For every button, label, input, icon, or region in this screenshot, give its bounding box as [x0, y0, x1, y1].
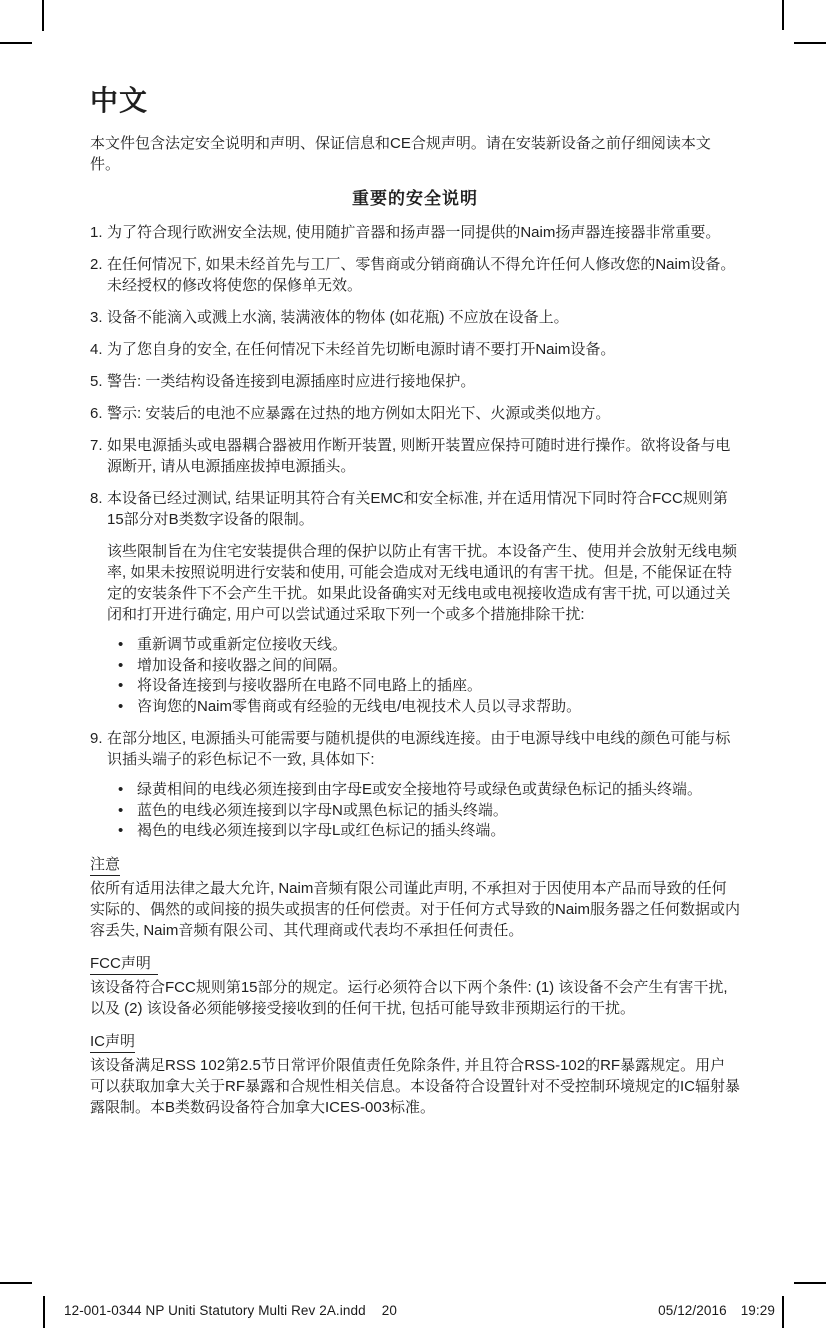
ic-body: 该设备满足RSS 102第2.5节日常评价限值责任免除条件, 并且符合RSS-1… — [90, 1055, 740, 1118]
list-item-text: 如果电源插头或电器耦合器被用作断开装置, 则断开装置应保持可随时进行操作。欲将设… — [107, 435, 740, 477]
list-item-text: 在部分地区, 电源插头可能需要与随机提供的电源线连接。由于电源导线中电线的颜色可… — [107, 730, 730, 768]
list-item-number: 1. — [90, 222, 107, 243]
list-item-text: 为了符合现行欧洲安全法规, 使用随扩音器和扬声器一同提供的Naim扬声器连接器非… — [107, 222, 740, 243]
bullet-item: 绿黄相间的电线必须连接到由字母E或安全接地符号或绿色或黄绿色标记的插头终端。 — [118, 780, 740, 801]
crop-mark-top-left-horizontal — [0, 42, 32, 44]
list-item: 1. 为了符合现行欧洲安全法规, 使用随扩音器和扬声器一同提供的Naim扬声器连… — [90, 222, 740, 243]
list-item-body: 本设备已经过测试, 结果证明其符合有关EMC和安全标准, 并在适用情况下同时符合… — [107, 488, 740, 717]
bullet-item: 将设备连接到与接收器所在电路不同电路上的插座。 — [118, 676, 740, 697]
crop-mark-bottom-left-horizontal — [0, 1282, 32, 1284]
list-item-number: 6. — [90, 403, 107, 424]
page-title: 中文 — [90, 0, 740, 116]
bullet-item: 蓝色的电线必须连接到以字母N或黑色标记的插头终端。 — [118, 801, 740, 822]
list-item-text: 设备不能滴入或溅上水滴, 装满液体的物体 (如花瓶) 不应放在设备上。 — [107, 307, 740, 328]
list-item-number: 5. — [90, 371, 107, 392]
crop-mark-bottom-right-vertical — [782, 1296, 784, 1328]
list-item-number: 8. — [90, 488, 107, 717]
bullet-item: 重新调节或重新定位接收天线。 — [118, 635, 740, 656]
list-item-text: 警示: 安装后的电池不应暴露在过热的地方例如太阳光下、火源或类似地方。 — [107, 403, 740, 424]
list-item-paragraph: 该些限制旨在为住宅安装提供合理的保护以防止有害干扰。本设备产生、使用并会放射无线… — [107, 541, 740, 625]
bullet-item: 咨询您的Naim零售商或有经验的无线电/电视技术人员以寻求帮助。 — [118, 697, 740, 718]
notice-body: 依所有适用法律之最大允许, Naim音频有限公司谨此声明, 不承担对于因使用本产… — [90, 878, 740, 941]
footer-date: 05/12/2016 — [658, 1303, 727, 1318]
list-item: 9. 在部分地区, 电源插头可能需要与随机提供的电源线连接。由于电源导线中电线的… — [90, 728, 740, 842]
bullet-item: 褐色的电线必须连接到以字母L或红色标记的插头终端。 — [118, 821, 740, 842]
list-item-number: 9. — [90, 728, 107, 842]
list-item: 3. 设备不能滴入或溅上水滴, 装满液体的物体 (如花瓶) 不应放在设备上。 — [90, 307, 740, 328]
list-item-text: 警告: 一类结构设备连接到电源插座时应进行接地保护。 — [107, 371, 740, 392]
safety-instructions-heading: 重要的安全说明 — [90, 187, 740, 210]
crop-mark-bottom-right-horizontal — [794, 1282, 826, 1284]
fcc-statement-section: FCC声明 该设备符合FCC规则第15部分的规定。运行必须符合以下两个条件: (… — [90, 953, 740, 1019]
footer-left: 12-001-0344 NP Uniti Statutory Multi Rev… — [64, 1303, 397, 1318]
crop-mark-top-right-vertical — [782, 0, 784, 30]
numbered-list: 1. 为了符合现行欧洲安全法规, 使用随扩音器和扬声器一同提供的Naim扬声器连… — [90, 222, 740, 842]
footer-file-name: 12-001-0344 NP Uniti Statutory Multi Rev… — [64, 1303, 366, 1318]
list-item-text: 为了您自身的安全, 在任何情况下未经首先切断电源时请不要打开Naim设备。 — [107, 339, 740, 360]
bullet-list: 重新调节或重新定位接收天线。 增加设备和接收器之间的间隔。 将设备连接到与接收器… — [118, 635, 740, 717]
list-item-number: 4. — [90, 339, 107, 360]
crop-mark-bottom-left-vertical — [43, 1296, 45, 1328]
list-item-number: 7. — [90, 435, 107, 477]
ic-heading: IC声明 — [90, 1032, 135, 1053]
document-page: 中文 本文件包含法定安全说明和声明、保证信息和CE合规声明。请在安装新设备之前仔… — [0, 0, 826, 1328]
list-item-number: 3. — [90, 307, 107, 328]
list-item-text: 在任何情况下, 如果未经首先与工厂、零售商或分销商确认不得允许任何人修改您的Na… — [107, 254, 740, 296]
crop-mark-top-right-horizontal — [794, 42, 826, 44]
list-item: 6. 警示: 安装后的电池不应暴露在过热的地方例如太阳光下、火源或类似地方。 — [90, 403, 740, 424]
list-item: 4. 为了您自身的安全, 在任何情况下未经首先切断电源时请不要打开Naim设备。 — [90, 339, 740, 360]
notice-section: 注意 依所有适用法律之最大允许, Naim音频有限公司谨此声明, 不承担对于因使… — [90, 854, 740, 941]
notice-heading: 注意 — [90, 855, 120, 876]
list-item: 5. 警告: 一类结构设备连接到电源插座时应进行接地保护。 — [90, 371, 740, 392]
page-content: 中文 本文件包含法定安全说明和声明、保证信息和CE合规声明。请在安装新设备之前仔… — [90, 0, 740, 1118]
ic-statement-section: IC声明 该设备满足RSS 102第2.5节日常评价限值责任免除条件, 并且符合… — [90, 1031, 740, 1118]
bullet-list: 绿黄相间的电线必须连接到由字母E或安全接地符号或绿色或黄绿色标记的插头终端。 蓝… — [118, 780, 740, 842]
fcc-heading: FCC声明 — [90, 954, 158, 975]
footer-time: 19:29 — [741, 1303, 775, 1318]
footer-page-number: 20 — [382, 1303, 397, 1318]
list-item: 2. 在任何情况下, 如果未经首先与工厂、零售商或分销商确认不得允许任何人修改您… — [90, 254, 740, 296]
intro-paragraph: 本文件包含法定安全说明和声明、保证信息和CE合规声明。请在安装新设备之前仔细阅读… — [90, 133, 740, 175]
bullet-item: 增加设备和接收器之间的间隔。 — [118, 656, 740, 677]
list-item-body: 在部分地区, 电源插头可能需要与随机提供的电源线连接。由于电源导线中电线的颜色可… — [107, 728, 740, 842]
print-footer: 12-001-0344 NP Uniti Statutory Multi Rev… — [64, 1303, 775, 1318]
list-item-text: 本设备已经过测试, 结果证明其符合有关EMC和安全标准, 并在适用情况下同时符合… — [107, 490, 728, 528]
list-item: 8. 本设备已经过测试, 结果证明其符合有关EMC和安全标准, 并在适用情况下同… — [90, 488, 740, 717]
footer-right: 05/12/2016 19:29 — [658, 1303, 775, 1318]
crop-mark-top-left-vertical — [42, 0, 44, 31]
list-item-number: 2. — [90, 254, 107, 296]
fcc-body: 该设备符合FCC规则第15部分的规定。运行必须符合以下两个条件: (1) 该设备… — [90, 977, 740, 1019]
list-item: 7. 如果电源插头或电器耦合器被用作断开装置, 则断开装置应保持可随时进行操作。… — [90, 435, 740, 477]
